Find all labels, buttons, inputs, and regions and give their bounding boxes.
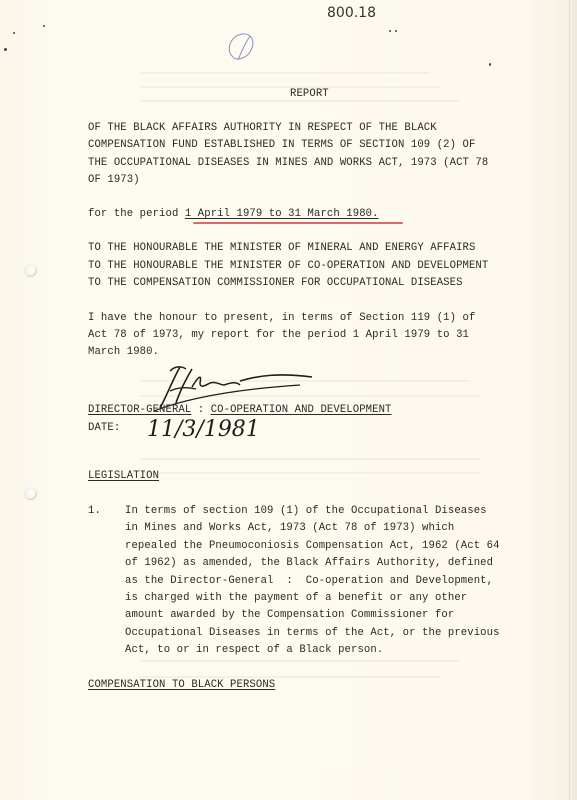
scan-speck — [4, 48, 7, 51]
paragraph-line: amount awarded by the Compensation Commi… — [125, 607, 454, 624]
period-prefix: for the period — [88, 208, 185, 220]
bleed-through-line — [140, 472, 480, 474]
period-range: 1 April 1979 to 31 March 1980. — [185, 208, 379, 220]
subtitle-line: OF THE BLACK AFFAIRS AUTHORITY IN RESPEC… — [88, 120, 437, 137]
handwritten-file-number: 800.18 — [327, 5, 376, 21]
paragraph-number: 1. — [88, 503, 101, 520]
addressee-line: TO THE HONOURABLE THE MINISTER OF MINERA… — [88, 240, 475, 257]
addressee-line: TO THE HONOURABLE THE MINISTER OF CO-OPE… — [88, 258, 488, 275]
pencil-circle-mark — [222, 30, 262, 66]
punch-hole — [24, 487, 37, 500]
section-heading-legislation: LEGISLATION — [88, 468, 159, 485]
paragraph-line: of 1962) as amended, the Black Affairs A… — [125, 555, 493, 572]
report-title: REPORT — [290, 86, 329, 103]
handwritten-date: 11/3/1981 — [143, 414, 273, 444]
subtitle-line: COMPENSATION FUND ESTABLISHED IN TERMS O… — [88, 137, 475, 154]
bleed-through-line — [140, 660, 460, 662]
presentation-line: Act 78 of 1973, my report for the period… — [88, 327, 469, 344]
scan-speck — [489, 63, 491, 66]
subtitle-line: THE OCCUPATIONAL DISEASES IN MINES AND W… — [88, 155, 488, 172]
punch-hole — [24, 264, 37, 277]
date-label: DATE: — [88, 420, 120, 437]
paragraph-line: in Mines and Works Act, 1973 (Act 78 of … — [125, 520, 454, 537]
scan-speck — [13, 32, 15, 34]
paragraph-line: as the Director-General : Co-operation a… — [125, 573, 493, 590]
paragraph-line: In terms of section 109 (1) of the Occup… — [125, 503, 487, 520]
addressee-line: TO THE COMPENSATION COMMISSIONER FOR OCC… — [88, 275, 463, 292]
section-heading-compensation: COMPENSATION TO BLACK PERSONS — [88, 677, 275, 694]
presentation-line: March 1980. — [88, 344, 159, 361]
page-edge-shadow — [569, 0, 570, 800]
svg-text:11/3/1981: 11/3/1981 — [147, 417, 260, 442]
bleed-through-line — [140, 458, 480, 460]
scan-speck — [395, 30, 397, 32]
subtitle-line: OF 1973) — [88, 172, 140, 189]
paragraph-line: Act, to or in respect of a Black person. — [125, 642, 383, 659]
scan-speck — [43, 25, 45, 27]
bleed-through-line — [140, 72, 430, 74]
paragraph-line: is charged with the payment of a benefit… — [125, 590, 467, 607]
presentation-line: I have the honour to present, in terms o… — [88, 310, 475, 327]
paragraph-line: Occupational Diseases in terms of the Ac… — [125, 625, 500, 642]
report-period: for the period 1 April 1979 to 31 March … — [88, 206, 379, 223]
red-pen-underline — [193, 222, 403, 224]
scan-speck — [389, 30, 391, 32]
paragraph-line: repealed the Pneumoconiosis Compensation… — [125, 538, 500, 555]
